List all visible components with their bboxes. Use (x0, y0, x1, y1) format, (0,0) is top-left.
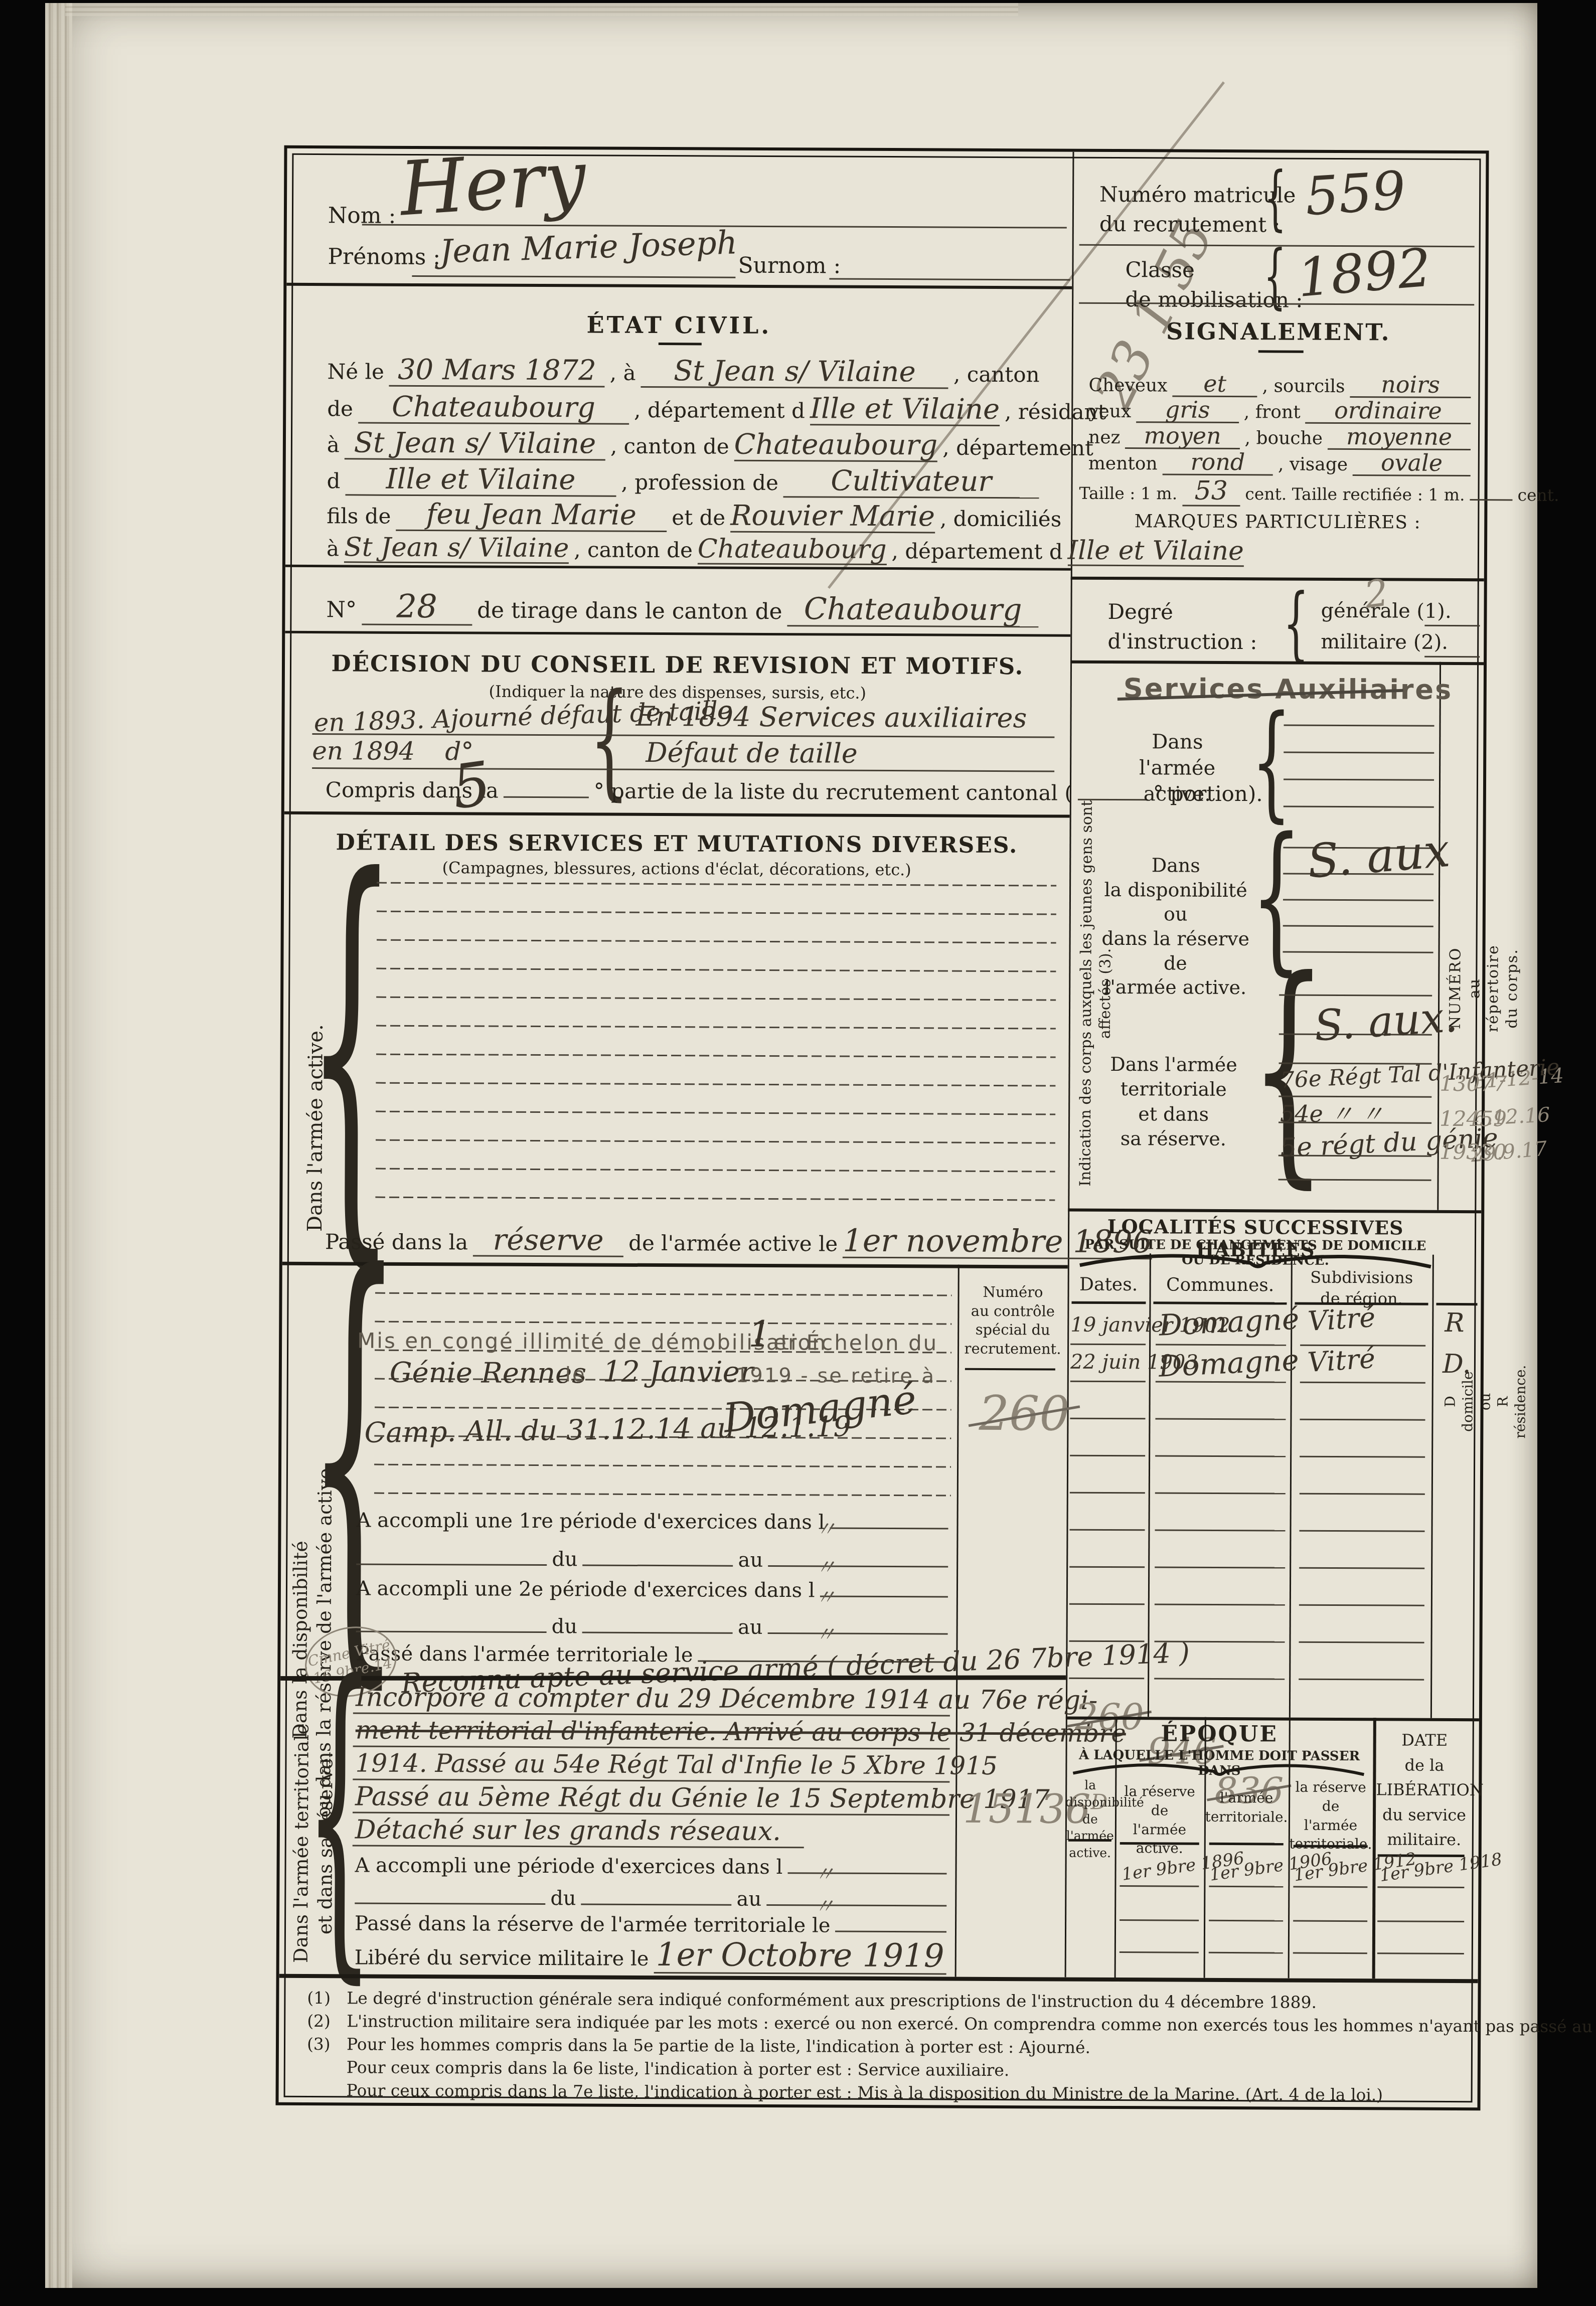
etat-civil-title: ÉTAT CIVIL. (286, 310, 1072, 341)
ruled-line (1070, 1492, 1145, 1494)
ruled-line (1155, 1603, 1285, 1605)
localites-header-rule (1071, 1301, 1146, 1304)
instruction-bottom-rule (1070, 661, 1484, 666)
localite-row1-commune: Domagné (1158, 1301, 1300, 1342)
ruled-line (1155, 1492, 1286, 1494)
footnote-3-num: (3) (307, 2034, 331, 2054)
ec-v5b: Rouvier Marie (730, 502, 935, 534)
ec-l6b: , canton de (574, 537, 693, 562)
sourcils-label: , sourcils (1262, 376, 1345, 397)
epoque-header-rule (1209, 1843, 1284, 1846)
corps-active-label: Dans l'armée active. (1107, 729, 1248, 807)
epoque-header-rule (1068, 1839, 1111, 1842)
du-field-2 (582, 1631, 733, 1633)
localite-row1-sub: Vitré (1307, 1301, 1376, 1338)
prenoms-value: Jean Marie Joseph (439, 224, 738, 270)
nom-value: Hery (397, 134, 588, 233)
ruled-line (1069, 1603, 1145, 1605)
ec-l4a: d (327, 468, 341, 493)
surnom-label: Surnom : (738, 253, 841, 279)
ruled-line (1070, 1529, 1145, 1531)
decision-hw-2c: Défaut de taille (646, 737, 858, 769)
ruled-line (1293, 1886, 1367, 1888)
menton-value: rond (1163, 449, 1273, 475)
terr-periode-field (787, 1872, 946, 1874)
tirage-bottom-rule (285, 631, 1070, 637)
localites-header-rule (1436, 1303, 1477, 1305)
terr-reserve-line: Passé dans la réserve de l'armée territo… (355, 1912, 946, 1937)
ec-v5a: feu Jean Marie (396, 500, 667, 532)
epoque-col5-header: DATE de la LIBÉRATION du service militai… (1376, 1728, 1473, 1853)
ruled-line (1069, 1566, 1145, 1568)
ruled-line (1209, 1920, 1283, 1922)
ruled-line (1299, 1604, 1424, 1606)
tirage-number: 28 (362, 590, 472, 625)
ditto-mark: 〃 (814, 1858, 835, 1888)
ruled-line (1155, 1455, 1286, 1457)
ec-v1a: 30 Mars 1872 (389, 356, 605, 388)
footnote-1-text: Le degré d'instruction générale sera ind… (347, 1988, 1317, 2012)
ruled-line (377, 939, 1056, 944)
ruled-line (376, 1025, 1056, 1030)
ec-l1a: Né le (327, 359, 384, 384)
cheveux-label: Cheveux (1088, 375, 1167, 396)
corps-active-brace: { (1251, 712, 1292, 810)
front-value: ordinaire (1306, 398, 1471, 425)
corps-terr-row3: 54e 〃 〃 (1280, 1095, 1384, 1129)
ec-l3a: à (327, 432, 340, 457)
ruled-line (1154, 1678, 1285, 1680)
ruled-line (376, 1082, 1055, 1087)
prenoms-underline (412, 275, 735, 278)
compris-line: Compris dans la ° partie de la liste du … (326, 777, 1028, 805)
ruled-line (1155, 1418, 1286, 1420)
au-label: au (738, 1616, 763, 1639)
form-frame: Nom : Hery Prénoms : Jean Marie Joseph S… (275, 145, 1489, 2110)
ec-l5c: , domiciliés (940, 506, 1062, 531)
ditto-mark: 〃 (815, 1551, 836, 1581)
col-dates-header: Dates. (1068, 1274, 1150, 1295)
tirage-text: de tirage dans le canton de (477, 597, 782, 624)
ec-line-4: d Ille et Vilaine , profession de Cultiv… (327, 464, 1039, 499)
ruled-line (1299, 1679, 1424, 1681)
ruled-line (1300, 1456, 1425, 1458)
taille-rectifiee-field (1470, 499, 1513, 501)
ec-v6b: Chateaubourg (698, 535, 887, 565)
ruled-line (1070, 1455, 1145, 1457)
camp-note: Camp. All. du 31.12.14 au 12.1.19 (364, 1410, 851, 1449)
yeux-value: gris (1136, 397, 1239, 423)
ec-v3a: St Jean s/ Vilaine (345, 428, 605, 460)
classe-value: 1892 (1295, 237, 1433, 309)
periode2-label: A accompli une 2e période d'exercices da… (356, 1577, 815, 1602)
du-field (356, 1563, 547, 1566)
libere-value: 1er Octobre 1919 (654, 1938, 946, 1975)
surnom-underline (829, 278, 1070, 281)
passe-v1: réserve (473, 1224, 623, 1257)
ec-l4b: , profession de (621, 470, 778, 495)
services-title: DÉTAIL DES SERVICES ET MUTATIONS DIVERSE… (284, 830, 1069, 859)
ec-v4b: Cultivateur (783, 466, 1039, 499)
instruction-label: Degré d'instruction : (1107, 597, 1257, 657)
col-communes-header: Communes. (1150, 1274, 1291, 1295)
ec-v3b: Chateaubourg (734, 430, 937, 462)
passe-reserve-line: Passé dans la réserve de l'armée active … (325, 1222, 1042, 1259)
ruled-line (1377, 1952, 1464, 1954)
paper-sheet: 23 1 55 31-12-14 6.12.16 29.9.17 Nom : H… (45, 3, 1537, 2288)
sig-row-3: nez moyen , bouche moyenne (1088, 423, 1471, 451)
localite-row1-dr: R (1445, 1308, 1464, 1338)
localite-row2-commune: Domagne (1158, 1343, 1300, 1383)
terr-du-au: du au (355, 1886, 946, 1911)
ditto-mark: 〃 (815, 1513, 836, 1543)
epoque-col3-header: l'armée territoriale. (1204, 1788, 1289, 1827)
localites-divider-3 (1430, 1255, 1434, 1718)
instruction-militaire-rule (1424, 656, 1480, 657)
front-label: , front (1244, 402, 1301, 422)
corps-terr-row2-num: 13077 (1440, 1071, 1507, 1096)
header-rule (286, 283, 1072, 289)
visage-value: ovale (1353, 450, 1471, 476)
etat-civil-dash (659, 343, 702, 345)
sig-row-4: menton rond , visage ovale (1088, 449, 1471, 477)
du-field (355, 1902, 545, 1905)
localite-row2-dr: D. (1443, 1349, 1471, 1379)
ruled-line (377, 911, 1056, 915)
sig-row-1: Cheveux et , sourcils noirs (1088, 371, 1471, 399)
ec-l3c: , département (942, 435, 1093, 460)
ec-l3b: , canton de (610, 434, 729, 459)
num-controle-260: 260 (979, 1386, 1070, 1442)
footnote-2-text: L'instruction militaire sera indiquée pa… (347, 2011, 1596, 2037)
terr-reserve-label: Passé dans la réserve de l'armée territo… (355, 1912, 831, 1937)
corps-terr-row4-num: 19330 (1440, 1139, 1507, 1165)
bouche-value: moyenne (1328, 424, 1471, 451)
ruled-line (1284, 751, 1434, 753)
epoque-col4-header: la réserve de l'armée territoriale. (1289, 1778, 1373, 1854)
taille-row: Taille : 1 m. 53 cent. Taille rectifiée … (1079, 477, 1475, 508)
corps-terr-label: Dans l'armée territoriale et dans sa rés… (1094, 1052, 1253, 1152)
ruled-line (1284, 778, 1434, 780)
corps-terr-saux: S. aux. (1313, 992, 1459, 1051)
signalement-title: SIGNALEMENT. (1072, 317, 1485, 347)
localite-row2-sub: Vitré (1307, 1343, 1376, 1379)
du-field (356, 1630, 547, 1633)
ruled-line (1300, 1382, 1425, 1384)
ruled-line (375, 1197, 1055, 1201)
ruled-line (1069, 1678, 1144, 1680)
scanned-register-page: 23 1 55 31-12-14 6.12.16 29.9.17 Nom : H… (0, 0, 1596, 2306)
terr-reserve-field (835, 1931, 946, 1933)
ruled-line (1120, 1919, 1199, 1921)
ruled-line (1299, 1530, 1424, 1532)
du-label: du (552, 1615, 578, 1638)
ec-line-2: de Chateaubourg , département d Ille et … (327, 392, 1039, 426)
tirage-label: N° (326, 597, 357, 622)
demob-hw-2b: 12 Janvier (603, 1355, 754, 1389)
ruled-line (375, 1292, 952, 1296)
epoque-col2-header: la réserve de l'armée active. (1115, 1782, 1205, 1858)
decision-brace: { (589, 690, 629, 788)
num-subcolumn-divider (955, 1265, 960, 1977)
footnote-3-text: Pour les hommes compris dans la 5e parti… (347, 2034, 1090, 2057)
ec-l6c: , département d (891, 539, 1062, 564)
ruled-line (1293, 1920, 1367, 1922)
yeux-label: yeux (1088, 401, 1131, 422)
epoque-header-rule (1120, 1842, 1199, 1845)
terr-periode-label: A accompli une période d'exercices dans … (355, 1854, 782, 1879)
marques-title: MARQUES PARTICULIÈRES : (1071, 511, 1484, 534)
du-label: du (552, 1548, 578, 1571)
taille-cent-label: cent. (1517, 485, 1559, 505)
ruled-line (1283, 925, 1433, 927)
epoque-header-rule (1294, 1845, 1368, 1848)
ruled-line (376, 1111, 1055, 1115)
ec-l1c: , canton (953, 362, 1040, 387)
ruled-line (377, 882, 1056, 887)
ec-v2b: Ille et Vilaine (810, 394, 1000, 426)
taille-value: 53 (1182, 477, 1240, 507)
periode2-field (820, 1595, 947, 1597)
ruled-line (1209, 1886, 1283, 1888)
decision-hw-2a: en 1894 (312, 736, 415, 766)
ec-l2b: , département d (634, 398, 805, 423)
demob-hw-2a: Génie Rennes (390, 1357, 586, 1390)
ruled-line (1284, 805, 1434, 807)
du-field-2 (583, 1564, 733, 1566)
au-field (766, 1904, 946, 1907)
ruled-line (1155, 1566, 1285, 1568)
tirage-canton: Chateaubourg (787, 593, 1039, 627)
periode2-du-au: du au (356, 1614, 948, 1639)
ruled-line (374, 1464, 951, 1468)
au-label: au (737, 1888, 762, 1911)
periode1-label: A accompli une 1re période d'exercices d… (356, 1509, 825, 1534)
corps-dispo-label: Dans la disponibilité ou dans la réserve… (1100, 853, 1251, 1000)
ruled-line (1069, 1640, 1145, 1642)
du-label: du (550, 1887, 576, 1910)
ruled-line (1299, 1641, 1424, 1643)
passe-b: de l'armée active le (628, 1231, 838, 1256)
ec-l6a: à (327, 536, 339, 561)
ec-l1b: , à (610, 361, 636, 385)
ruled-line (1155, 1529, 1285, 1531)
epoque-col1-header: la disponibilité de l'armée active. (1065, 1777, 1115, 1862)
taille-label: Taille : 1 m. (1079, 483, 1177, 504)
terr-hw-5: Détaché sur les grands réseaux. (355, 1815, 781, 1847)
ruled-line (376, 1139, 1055, 1144)
ec-v6c: Ille et Vilaine (1068, 537, 1244, 567)
matricule-value: 559 (1303, 160, 1407, 228)
ruled-line (376, 1168, 1055, 1173)
decision-bottom-rule (284, 811, 1070, 818)
ruled-line (1300, 1493, 1425, 1495)
bouche-label: , bouche (1245, 428, 1323, 449)
top-page-edges (65, 3, 1018, 16)
dispo-bottom-rule (280, 1676, 1066, 1681)
ditto-mark: 〃 (815, 1581, 836, 1611)
menton-label: menton (1088, 453, 1158, 474)
ec-line-3: à St Jean s/ Vilaine , canton de Chateau… (327, 428, 1039, 462)
num-controle-header: Numéro au contrôle spécial du recrutemen… (960, 1283, 1066, 1359)
demob-echelon-1: 1 (748, 1313, 771, 1355)
du-field-2 (581, 1903, 732, 1905)
periode2-line: A accompli une 2e période d'exercices da… (356, 1577, 948, 1602)
nez-value: moyen (1125, 423, 1239, 449)
terr-periode-line: A accompli une période d'exercices dans … (355, 1854, 946, 1879)
au-field (768, 1565, 948, 1568)
libere-label: Libéré du service militaire le (355, 1946, 649, 1970)
ruled-line (1120, 1951, 1199, 1953)
ruled-line (1120, 1885, 1199, 1887)
book-page-edges (45, 3, 72, 2288)
libere-line: Libéré du service militaire le 1er Octob… (355, 1937, 946, 1974)
ruled-line (1070, 1418, 1145, 1420)
decision-title: DÉCISION DU CONSEIL DE REVISION ET MOTIF… (285, 650, 1070, 680)
terr-hw-4: Passé au 5ème Régt du Génie le 15 Septem… (355, 1781, 1050, 1815)
classe-brace: { (1263, 249, 1286, 303)
cheveux-value: et (1173, 372, 1257, 398)
ruled-line (1283, 899, 1433, 901)
ruled-line (376, 968, 1056, 972)
ruled-line (1070, 1344, 1146, 1346)
instruction-militaire: militaire (2). (1321, 630, 1448, 654)
ruled-line (1377, 1920, 1464, 1922)
sourcils-value: noirs (1350, 372, 1471, 398)
ruled-line (375, 1321, 951, 1325)
nez-label: nez (1088, 427, 1121, 448)
terr-hw-2: ment territorial d'infanterie. Arrivé au… (356, 1715, 1126, 1748)
decision-hw-1b: En 1894 Services auxiliaires (635, 701, 1027, 734)
sig-row-2: yeux gris , front ordinaire (1088, 397, 1471, 425)
compris-part-field (504, 796, 589, 798)
services-subtitle: (Campagnes, blessures, actions d'éclat, … (284, 858, 1069, 880)
ec-l5b: et de (672, 505, 725, 530)
periode1-du-au: du au (356, 1547, 948, 1572)
form-bottom-rule (279, 1974, 1478, 1983)
au-label: au (738, 1549, 763, 1572)
ec-line-6: à St Jean s/ Vilaine , canton de Chateau… (327, 534, 1039, 566)
brace-curve (1077, 1251, 1433, 1270)
terr-hw-1: Incorporé à compter du 29 Décembre 1914 … (356, 1682, 1098, 1715)
ruled-line (1293, 1952, 1367, 1954)
ec-v2a: Chateaubourg (358, 392, 629, 424)
demob-stamp-2a: le (565, 1363, 586, 1386)
instruction-generale-rule (1424, 625, 1480, 626)
footnote-5-text: Pour ceux compris dans la 7e liste, l'in… (347, 2080, 1383, 2104)
ruled-line (1209, 1952, 1283, 1954)
prenoms-label: Prénoms : (328, 244, 440, 270)
ruled-line (1300, 1419, 1425, 1421)
signalement-bottom-rule (1071, 577, 1484, 582)
compris-b: ° partie de la liste du recrutement cant… (594, 778, 1073, 805)
periode1-line: A accompli une 1re période d'exercices d… (356, 1509, 948, 1534)
ec-v1b: St Jean s/ Vilaine (641, 357, 948, 389)
matricule-brace: { (1264, 171, 1287, 225)
ruled-line (376, 997, 1056, 1001)
footnote-4-text: Pour ceux compris dans la 6e liste, l'in… (347, 2057, 1010, 2080)
visage-label: , visage (1278, 454, 1348, 475)
ec-v4a: Ille et Vilaine (345, 464, 616, 497)
signalement-dash (1258, 350, 1304, 353)
ec-bottom-rule (285, 565, 1071, 571)
au-field (768, 1632, 948, 1635)
ec-l2a: de (327, 396, 353, 421)
epoque-title: ÉPOQUE (1066, 1721, 1373, 1748)
demob-stamp-1b: er Échelon du (773, 1330, 938, 1355)
ec-v6a: St Jean s/ Vilaine (344, 534, 569, 564)
ruled-line (374, 1493, 951, 1497)
taille-rectifiee-label: cent. Taille rectifiée : 1 m. (1245, 484, 1465, 505)
ruled-line (1377, 1886, 1464, 1888)
instruction-brace: { (1283, 592, 1309, 654)
ec-l5a: fils de (327, 504, 391, 529)
ruled-line (376, 1054, 1056, 1058)
ruled-line (1299, 1567, 1424, 1569)
corps-dispo-value: S. aux (1305, 823, 1452, 889)
terr-hw-3: 1914. Passé au 54e Régt Tal d'Infie le 5… (355, 1748, 998, 1780)
ruled-line (1284, 724, 1434, 726)
ec-line-1: Né le 30 Mars 1872 , à St Jean s/ Vilain… (327, 355, 1039, 389)
corps-bottom-rule (1068, 1209, 1481, 1214)
num-controle-rule (965, 1368, 1055, 1371)
ruled-line (1070, 1381, 1146, 1383)
footnote-1-num: (1) (307, 1988, 331, 2008)
footnote-2-num: (2) (307, 2011, 331, 2031)
periode1-field (830, 1528, 948, 1530)
tirage-line: N° 28 de tirage dans le canton de Chatea… (326, 590, 1038, 628)
ec-line-5: fils de feu Jean Marie et de Rouvier Mar… (327, 500, 1039, 534)
